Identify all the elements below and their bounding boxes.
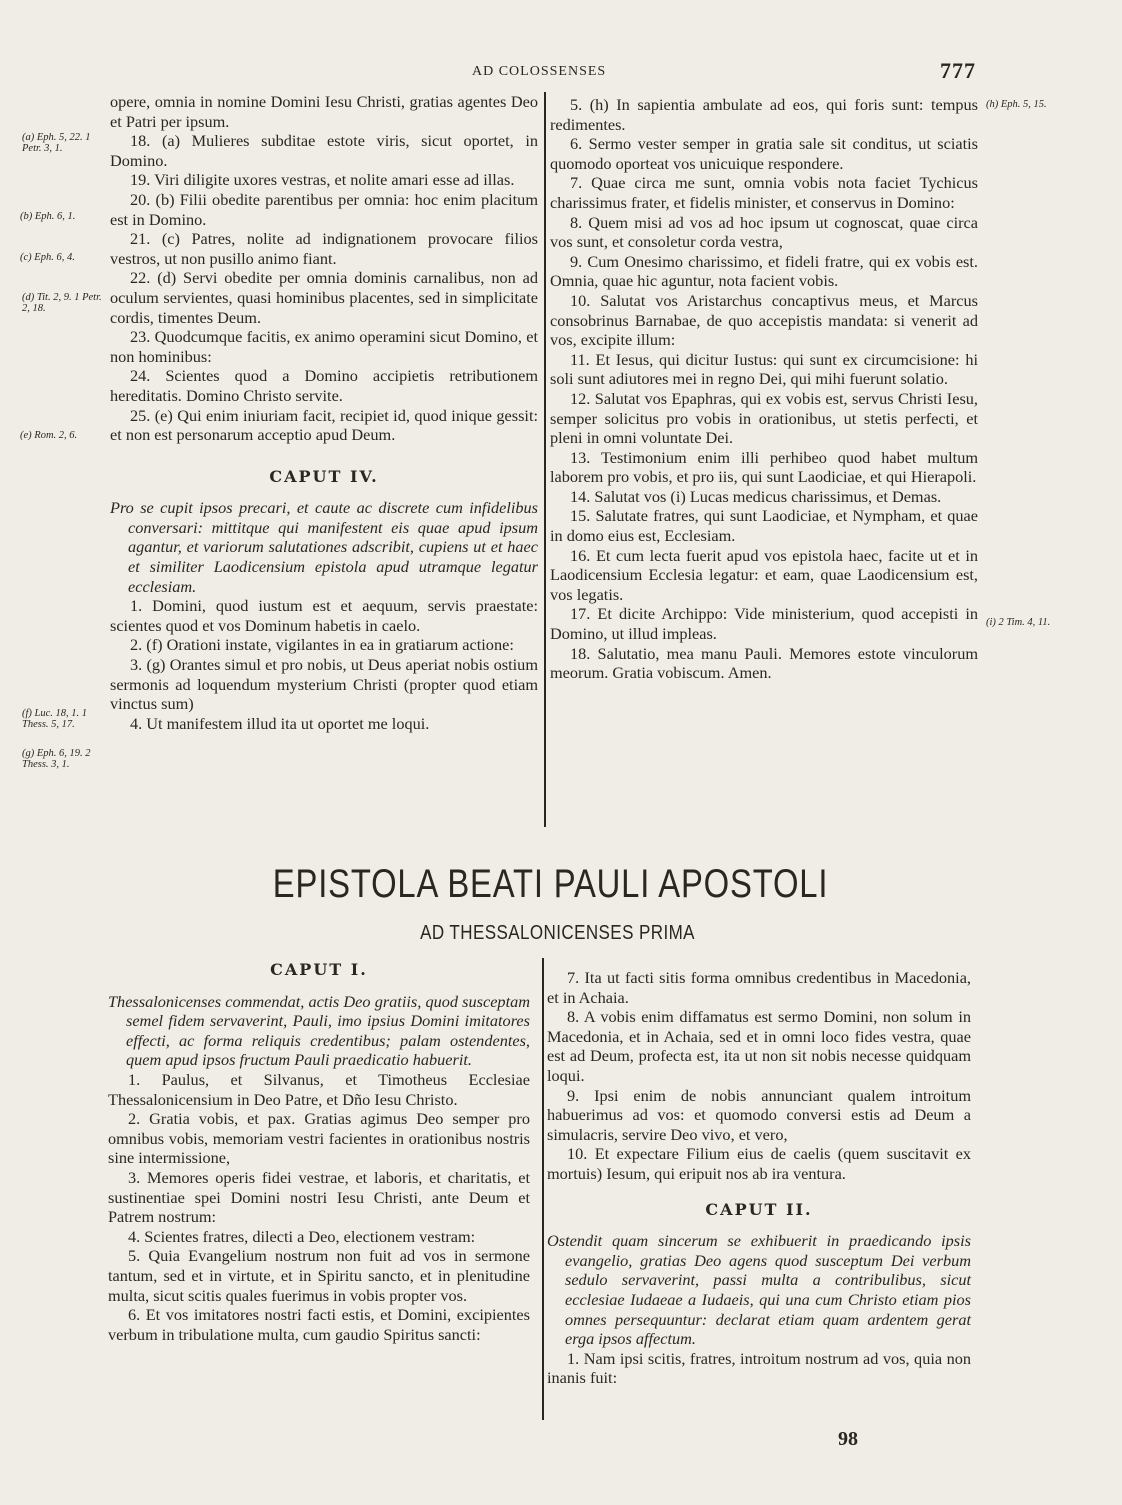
verse-9: 9. Cum Onesimo charissimo, et fideli fra…: [550, 252, 978, 291]
margin-note-d: (d) Tit. 2, 9. 1 Petr. 2, 18.: [22, 292, 106, 314]
verse-21: 21. (c) Patres, nolite ad indignationem …: [110, 229, 538, 268]
margin-note-g: (g) Eph. 6, 19. 2 Thess. 3, 1.: [22, 748, 104, 770]
verse-18: 18. Salutatio, mea manu Pauli. Memores e…: [550, 644, 978, 683]
verse-20: 20. (b) Filii obedite parentibus per omn…: [110, 190, 538, 229]
verse-4: 4. Ut manifestem illud ita ut oportet me…: [110, 714, 538, 734]
verse-9: 9. Ipsi enim de nobis annunciant qualem …: [547, 1086, 971, 1145]
chapter-heading-ii: CAPUT II.: [547, 1200, 971, 1220]
verse-16: 16. Et cum lecta fuerit apud vos epistol…: [550, 546, 978, 605]
margin-note-a: (a) Eph. 5, 22. 1 Petr. 3, 1.: [22, 132, 104, 154]
signature-number: 98: [838, 1428, 858, 1451]
verse-6: 6. Sermo vester semper in gratia sale si…: [550, 134, 978, 173]
verse-24: 24. Scientes quod a Domino accipietis re…: [110, 366, 538, 405]
verse-3: 3. (g) Orantes simul et pro nobis, ut De…: [110, 655, 538, 714]
verse-10: 10. Salutat vos Aristarchus concaptivus …: [550, 291, 978, 350]
verse-7: 7. Quae circa me sunt, omnia vobis nota …: [550, 173, 978, 212]
margin-note-f: (f) Luc. 18, 1. 1 Thess. 5, 17.: [22, 708, 104, 730]
verse-19: 19. Viri diligite uxores vestras, et nol…: [110, 170, 538, 190]
chapter-summary-ii: Ostendit quam sincerum se exhibuerit in …: [547, 1231, 971, 1349]
left-column-top: opere, omnia in nomine Domini Iesu Chris…: [110, 92, 538, 733]
chapter-heading-i: CAPUT I.: [108, 960, 530, 980]
verse-6: 6. Et vos imitatores nostri facti estis,…: [108, 1305, 530, 1344]
epistle-title: EPISTOLA BEATI PAULI APOSTOLI: [91, 862, 1011, 907]
verse-7: 7. Ita ut facti sitis forma omnibus cred…: [547, 968, 971, 1007]
column-divider-bottom: [542, 958, 544, 1420]
verse-10: 10. Et expectare Filium eius de caelis (…: [547, 1144, 971, 1183]
verse-continuation: opere, omnia in nomine Domini Iesu Chris…: [110, 92, 538, 131]
right-column-bottom: 7. Ita ut facti sitis forma omnibus cred…: [547, 968, 971, 1388]
chapter-summary-iv: Pro se cupit ipsos precari, et caute ac …: [110, 498, 538, 596]
page-number: 777: [940, 58, 976, 84]
verse-22: 22. (d) Servi obedite per omnia dominis …: [110, 268, 538, 327]
chapter-heading-iv: CAPUT IV.: [110, 467, 538, 487]
verse-18: 18. (a) Mulieres subditae estote viris, …: [110, 131, 538, 170]
chapter-summary-i: Thessalonicenses commendat, actis Deo gr…: [108, 992, 530, 1070]
verse-12: 12. Salutat vos Epaphras, qui ex vobis e…: [550, 389, 978, 448]
margin-note-c: (c) Eph. 6, 4.: [20, 252, 110, 263]
verse-2: 2. Gratia vobis, et pax. Gratias agimus …: [108, 1109, 530, 1168]
verse-8: 8. A vobis enim diffamatus est sermo Dom…: [547, 1007, 971, 1085]
verse-1: 1. Domini, quod iustum est et aequum, se…: [110, 596, 538, 635]
column-divider-top: [544, 92, 546, 827]
verse-4: 4. Scientes fratres, dilecti a Deo, elec…: [108, 1227, 530, 1247]
verse-17: 17. Et dicite Archippo: Vide ministerium…: [550, 604, 978, 643]
running-head-title: AD COLOSSENSES: [472, 64, 606, 80]
verse-25: 25. (e) Qui enim iniuriam facit, recipie…: [110, 406, 538, 445]
verse-3: 3. Memores operis fidei vestrae, et labo…: [108, 1168, 530, 1227]
verse-8: 8. Quem misi ad vos ad hoc ipsum ut cogn…: [550, 213, 978, 252]
verse-5: 5. (h) In sapientia ambulate ad eos, qui…: [550, 95, 978, 134]
verse-1: 1. Paulus, et Silvanus, et Timotheus Ecc…: [108, 1070, 530, 1109]
left-column-bottom: CAPUT I. Thessalonicenses commendat, act…: [108, 960, 530, 1344]
verse-1: 1. Nam ipsi scitis, fratres, introitum n…: [547, 1349, 971, 1388]
margin-note-e: (e) Rom. 2, 6.: [20, 430, 110, 441]
epistle-subtitle: AD THESSALONICENSES PRIMA: [81, 922, 1035, 945]
verse-2: 2. (f) Orationi instate, vigilantes in e…: [110, 635, 538, 655]
verse-14: 14. Salutat vos (i) Lucas medicus charis…: [550, 487, 978, 507]
right-column-top: 5. (h) In sapientia ambulate ad eos, qui…: [550, 95, 978, 683]
verse-13: 13. Testimonium enim illi perhibeo quod …: [550, 448, 978, 487]
margin-note-b: (b) Eph. 6, 1.: [20, 211, 110, 222]
margin-note-i: (i) 2 Tim. 4, 11.: [986, 617, 1070, 628]
verse-23: 23. Quodcumque facitis, ex animo operami…: [110, 327, 538, 366]
margin-note-h: (h) Eph. 5, 15.: [986, 99, 1056, 110]
verse-15: 15. Salutate fratres, qui sunt Laodiciae…: [550, 506, 978, 545]
verse-5: 5. Quia Evangelium nostrum non fuit ad v…: [108, 1246, 530, 1305]
verse-11: 11. Et Iesus, qui dicitur Iustus: qui su…: [550, 350, 978, 389]
